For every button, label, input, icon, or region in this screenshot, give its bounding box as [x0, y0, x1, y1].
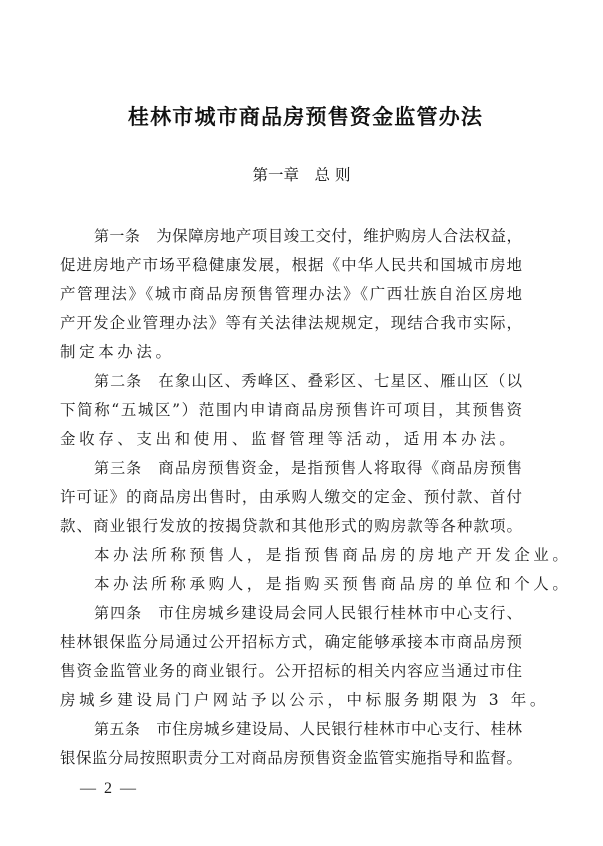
article-label: 第四条 — [94, 604, 142, 622]
line-text: 商品房预售资金，是指预售人将取得《商品房预售 — [158, 459, 522, 477]
article-5-line-1: 第五条市住房城乡建设局、人民银行桂林市中心支行、桂林 — [60, 715, 522, 744]
page-number: — 2 — — [80, 777, 136, 801]
article-label: 第三条 — [94, 459, 142, 477]
document-page: 桂林市城市商品房预售资金监管办法 第一章 总 则 第一条为保障房地产项目竣工交付… — [0, 0, 603, 846]
article-1-line-3: 产管理法》《城市商品房预售管理办法》《广西壮族自治区房地 — [60, 280, 522, 309]
article-3-line-3: 款、商业银行发放的按揭贷款和其他形式的购房款等各种款项。 — [60, 512, 522, 541]
article-2-line-1: 第二条在象山区、秀峰区、叠彩区、七星区、雁山区（以 — [60, 367, 522, 396]
article-4-line-1: 第四条市住房城乡建设局会同人民银行桂林市中心支行、 — [60, 599, 522, 628]
article-label: 第五条 — [94, 720, 140, 738]
article-3-para-seller: 本办法所称预售人，是指预售商品房的房地产开发企业。 — [60, 541, 522, 570]
article-1-line-5: 制定本办法。 — [60, 338, 522, 367]
article-label: 第二条 — [94, 372, 142, 390]
document-title: 桂林市城市商品房预售资金监管办法 — [0, 102, 603, 132]
body-text: 第一条为保障房地产项目竣工交付，维护购房人合法权益， 促进房地产市场平稳健康发展… — [60, 222, 522, 773]
article-4-line-2: 桂林银保监分局通过公开招标方式，确定能够承接本市商品房预 — [60, 628, 522, 657]
article-1-line-4: 产开发企业管理办法》等有关法律法规规定，现结合我市实际， — [60, 309, 522, 338]
article-2-line-2: 下简称“五城区”）范围内申请商品房预售许可项目，其预售资 — [60, 396, 522, 425]
article-2-line-3: 金收存、支出和使用、监督管理等活动，适用本办法。 — [60, 425, 522, 454]
article-1-line-2: 促进房地产市场平稳健康发展，根据《中华人民共和国城市房地 — [60, 251, 522, 280]
chapter-heading: 第一章 总 则 — [0, 162, 603, 188]
line-text: 在象山区、秀峰区、叠彩区、七星区、雁山区（以 — [158, 372, 522, 390]
article-1-line-1: 第一条为保障房地产项目竣工交付，维护购房人合法权益， — [60, 222, 522, 251]
article-4-line-4: 房城乡建设局门户网站予以公示，中标服务期限为 3 年。 — [60, 686, 522, 715]
line-text: 为保障房地产项目竣工交付，维护购房人合法权益， — [156, 227, 522, 245]
line-text: 市住房城乡建设局会同人民银行桂林市中心支行、 — [158, 604, 522, 622]
article-label: 第一条 — [94, 227, 140, 245]
line-text: 市住房城乡建设局、人民银行桂林市中心支行、桂林 — [156, 720, 522, 738]
article-5-line-2: 银保监分局按照职责分工对商品房预售资金监管实施指导和监督。 — [60, 744, 522, 773]
article-3-line-2: 许可证》的商品房出售时，由承购人缴交的定金、预付款、首付 — [60, 483, 522, 512]
article-3-line-1: 第三条商品房预售资金，是指预售人将取得《商品房预售 — [60, 454, 522, 483]
article-3-para-buyer: 本办法所称承购人，是指购买预售商品房的单位和个人。 — [60, 570, 522, 599]
article-4-line-3: 售资金监管业务的商业银行。公开招标的相关内容应当通过市住 — [60, 657, 522, 686]
